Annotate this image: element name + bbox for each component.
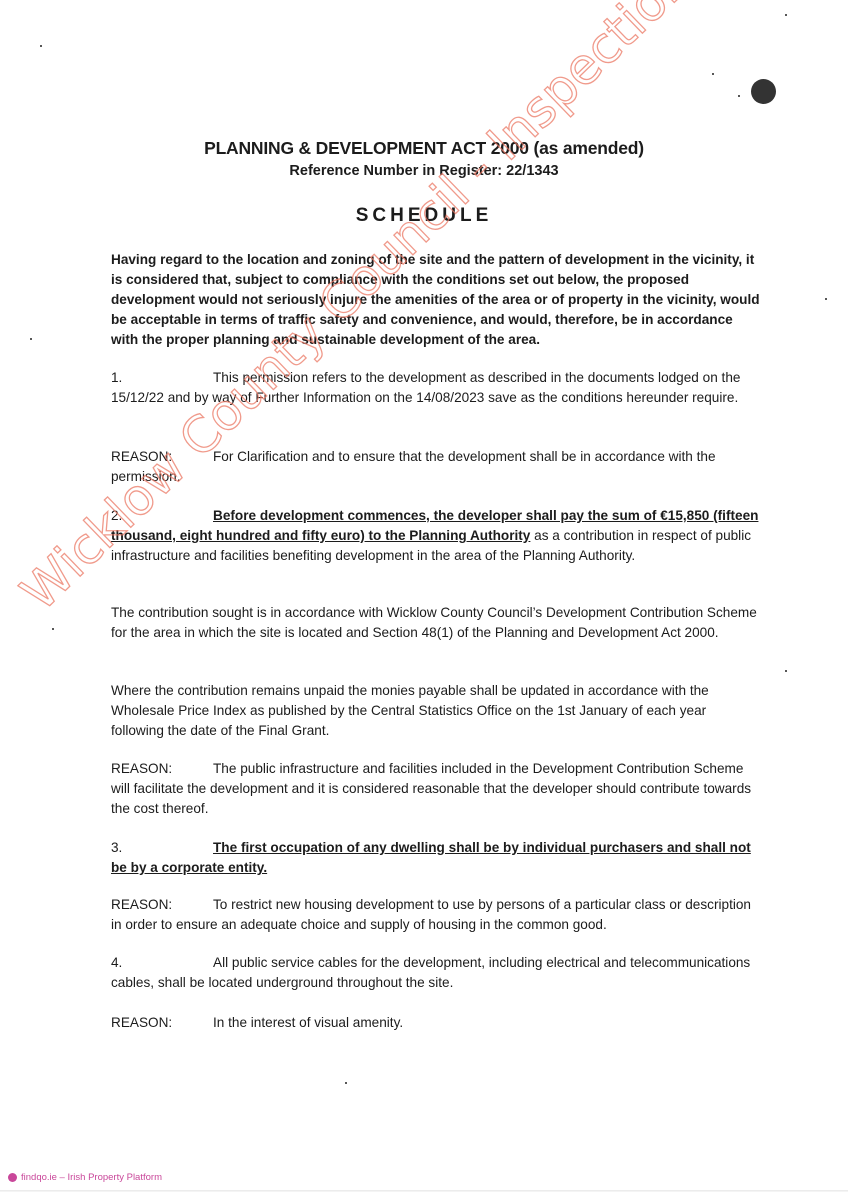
reason-label: REASON: — [111, 895, 213, 915]
preamble: Having regard to the location and zoning… — [111, 250, 761, 350]
condition-number: 1. — [111, 368, 213, 388]
scan-speck — [785, 14, 787, 16]
scan-speck — [825, 298, 827, 300]
condition-1-reason: REASON:For Clarification and to ensure t… — [111, 447, 761, 487]
condition-number: 2. — [111, 506, 213, 526]
schedule-heading: SCHEDULE — [0, 205, 848, 227]
condition-number: 3. — [111, 838, 213, 858]
scan-speck — [345, 1082, 347, 1084]
footer-divider — [0, 1190, 848, 1192]
reference-number: Reference Number in Register: 22/1343 — [0, 163, 848, 179]
scan-speck — [40, 45, 42, 47]
condition-4: 4.All public service cables for the deve… — [111, 953, 761, 993]
reason-text: In the interest of visual amenity. — [213, 1015, 403, 1030]
condition-number: 4. — [111, 953, 213, 973]
document-page: PLANNING & DEVELOPMENT ACT 2000 (as amen… — [0, 0, 848, 1200]
condition-2-reason: REASON:The public infrastructure and fac… — [111, 759, 761, 819]
scan-speck — [712, 73, 714, 75]
reason-label: REASON: — [111, 1013, 213, 1033]
condition-4-reason: REASON:In the interest of visual amenity… — [111, 1013, 761, 1033]
act-title: PLANNING & DEVELOPMENT ACT 2000 (as amen… — [0, 138, 848, 159]
scan-speck — [738, 95, 740, 97]
scan-speck — [52, 628, 54, 630]
scan-speck — [30, 338, 32, 340]
punch-hole-mark — [751, 79, 776, 104]
globe-icon — [8, 1173, 17, 1182]
condition-2-indexation: Where the contribution remains unpaid th… — [111, 681, 761, 741]
condition-3-reason: REASON:To restrict new housing developme… — [111, 895, 761, 935]
condition-2-contribution-scheme: The contribution sought is in accordance… — [111, 603, 761, 643]
footer-text[interactable]: findqo.ie – Irish Property Platform — [21, 1172, 162, 1183]
scan-speck — [785, 670, 787, 672]
footer-branding[interactable]: findqo.ie – Irish Property Platform — [8, 1172, 162, 1183]
condition-2: 2.Before development commences, the deve… — [111, 506, 761, 566]
condition-3: 3.The first occupation of any dwelling s… — [111, 838, 761, 878]
reason-label: REASON: — [111, 759, 213, 779]
reason-label: REASON: — [111, 447, 213, 467]
condition-1: 1.This permission refers to the developm… — [111, 368, 761, 408]
